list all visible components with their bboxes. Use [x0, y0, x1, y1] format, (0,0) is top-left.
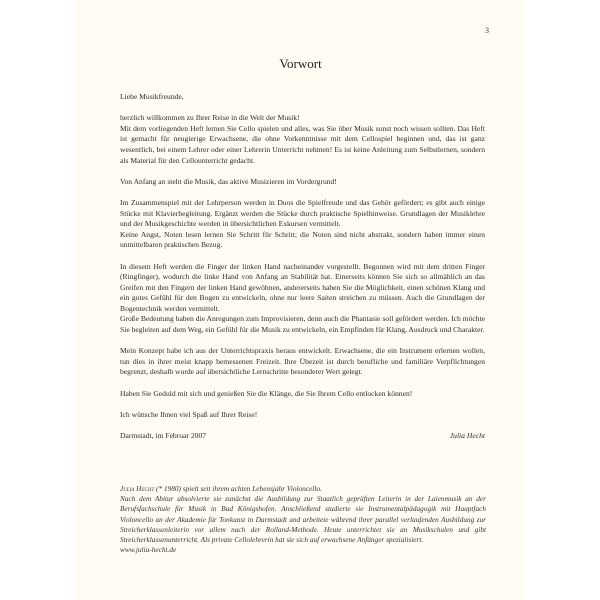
- bio-author-name: Julia Hecht: [120, 484, 154, 493]
- paragraph-line: Haben Sie Geduld mit sich und genießen S…: [120, 389, 485, 400]
- paragraph-line: Mit dem vorliegenden Heft lernen Sie Cel…: [120, 124, 485, 166]
- paragraph-line: Im Zusammenspiel mit der Lehrperson werd…: [120, 198, 485, 230]
- foreword-body: Liebe Musikfreunde, herzlich willkommen …: [120, 92, 485, 442]
- paragraph: Ich wünsche Ihnen viel Spaß auf Ihrer Re…: [120, 410, 485, 421]
- paragraph: Von Anfang an steht die Musik, das aktiv…: [120, 177, 485, 188]
- paragraph-line: Keine Angst, Noten lesen lernen Sie Schr…: [120, 230, 485, 251]
- signature: Julia Hecht: [450, 431, 485, 442]
- bio-text: Nach dem Abitur absolvierte sie zunächst…: [120, 494, 486, 545]
- paragraph-line: In diesem Heft werden die Finger der lin…: [120, 262, 485, 315]
- paragraph-line: Ich wünsche Ihnen viel Spaß auf Ihrer Re…: [120, 410, 485, 421]
- paragraph-line: Große Bedeutung haben die Anregungen zum…: [120, 314, 485, 335]
- bio-intro-text: (* 1980) spielt seit ihrem achten Lebens…: [154, 484, 322, 493]
- paragraph: Haben Sie Geduld mit sich und genießen S…: [120, 389, 485, 400]
- paragraph: In diesem Heft werden die Finger der lin…: [120, 262, 485, 336]
- paragraph: Im Zusammenspiel mit der Lehrperson werd…: [120, 198, 485, 251]
- bio-website: www.julia-hecht.de: [120, 545, 486, 555]
- page-title: Vorwort: [76, 56, 525, 72]
- paragraph: herzlich willkommen zu Ihrer Reise in di…: [120, 113, 485, 166]
- page-number: 3: [485, 26, 489, 35]
- signature-row: Darmstadt, im Februar 2007 Julia Hecht: [120, 431, 485, 442]
- paragraph: Mein Konzept habe ich aus der Unterricht…: [120, 346, 485, 378]
- paragraph-line: Von Anfang an steht die Musik, das aktiv…: [120, 177, 485, 188]
- author-bio: Julia Hecht (* 1980) spielt seit ihrem a…: [120, 484, 486, 555]
- salutation: Liebe Musikfreunde,: [120, 92, 485, 103]
- bio-intro: Julia Hecht (* 1980) spielt seit ihrem a…: [120, 484, 486, 494]
- place-date: Darmstadt, im Februar 2007: [120, 431, 206, 442]
- paragraph-line: herzlich willkommen zu Ihrer Reise in di…: [120, 113, 485, 124]
- book-page: 3 Vorwort Liebe Musikfreunde, herzlich w…: [76, 0, 525, 600]
- paragraph-line: Mein Konzept habe ich aus der Unterricht…: [120, 346, 485, 378]
